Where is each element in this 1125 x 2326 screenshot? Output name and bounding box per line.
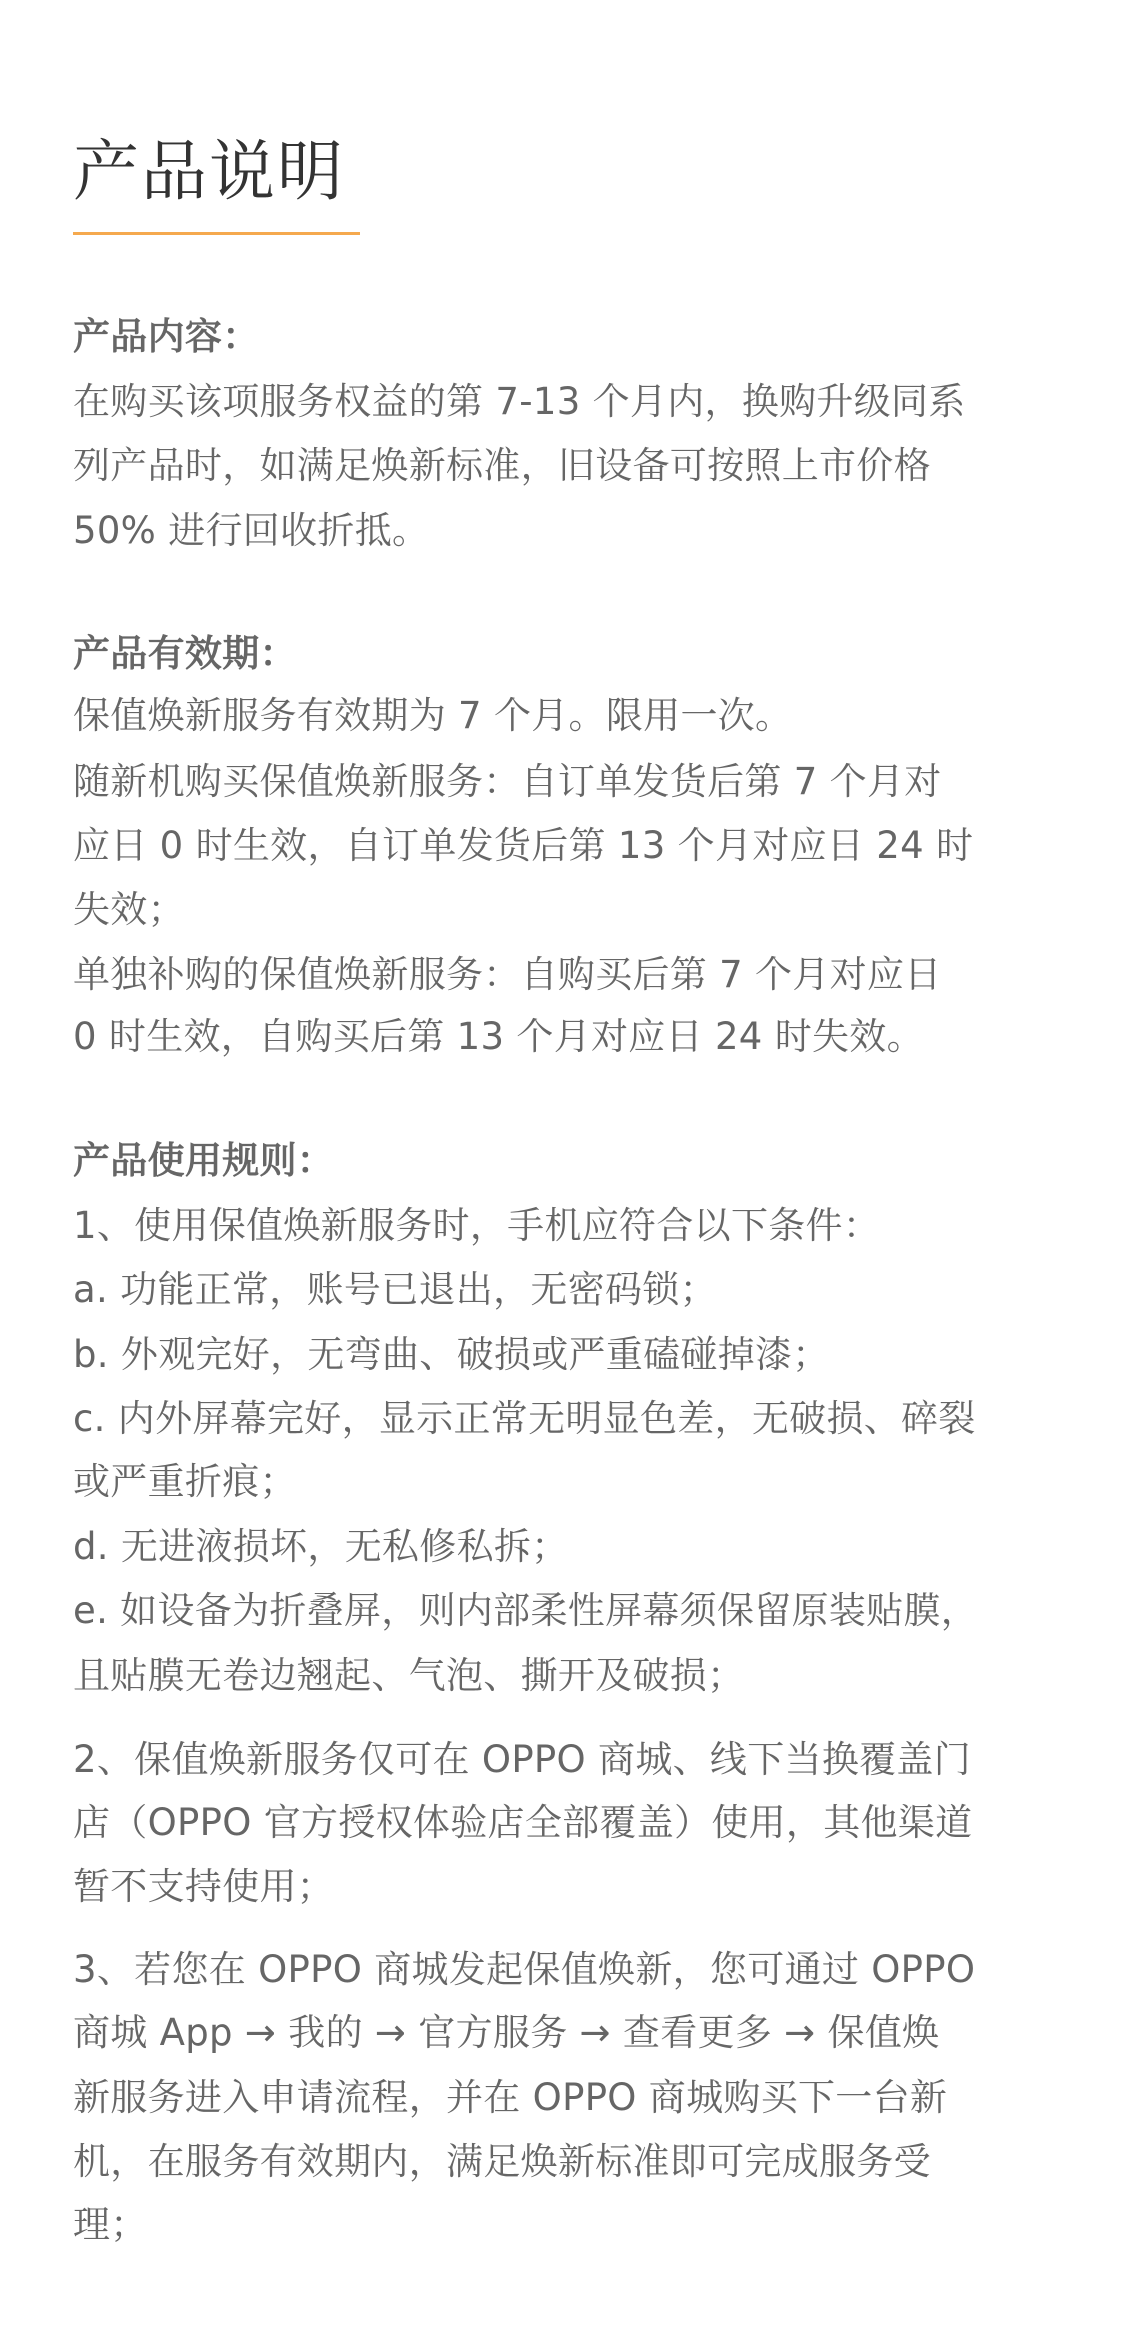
title-underline-divider <box>73 232 360 235</box>
section-heading-content: 产品内容： <box>73 305 260 369</box>
rule-line: 店（OPPO 官方授权体验店全部覆盖）使用，其他渠道 <box>73 1791 972 1855</box>
rule-line: a. 功能正常，账号已退出，无密码锁； <box>73 1258 717 1322</box>
section-heading-validity: 产品有效期： <box>73 622 297 686</box>
rule-line: 机，在服务有效期内，满足焕新标准即可完成服务受 <box>73 2130 931 2194</box>
rule-line: 商城 App → 我的 → 官方服务 → 查看更多 → 保值焕 <box>73 2001 939 2065</box>
validity-line: 单独补购的保值焕新服务：自购买后第 7 个月对应日 <box>73 943 942 1007</box>
validity-line: 保值焕新服务有效期为 7 个月。限用一次。 <box>73 684 792 748</box>
rule-line: 且贴膜无卷边翘起、气泡、撕开及破损； <box>73 1644 744 1708</box>
validity-line: 随新机购买保值焕新服务：自订单发货后第 7 个月对 <box>73 750 942 814</box>
validity-line: 失效； <box>73 878 185 942</box>
rule-line: d. 无进液损坏，无私修私拆； <box>73 1515 569 1579</box>
content-line: 50% 进行回收折抵。 <box>73 499 429 563</box>
rule-line: 2、保值焕新服务仅可在 OPPO 商城、线下当换覆盖门 <box>73 1728 971 1792</box>
rule-line: 1、使用保值焕新服务时，手机应符合以下条件： <box>73 1194 880 1258</box>
rule-line: 3、若您在 OPPO 商城发起保值焕新，您可通过 OPPO <box>73 1938 975 2002</box>
rule-line: 理； <box>73 2193 148 2257</box>
validity-line: 应日 0 时生效，自订单发货后第 13 个月对应日 24 时 <box>73 814 973 878</box>
section-heading-rules: 产品使用规则： <box>73 1129 334 1193</box>
content-line: 在购买该项服务权益的第 7-13 个月内，换购升级同系 <box>73 370 966 434</box>
rule-line: 或严重折痕； <box>73 1450 297 1514</box>
rule-line: c. 内外屏幕完好，显示正常无明显色差，无破损、碎裂 <box>73 1387 976 1451</box>
content-line: 列产品时，如满足焕新标准，旧设备可按照上市价格 <box>73 434 931 498</box>
rule-line: 新服务进入申请流程，并在 OPPO 商城购买下一台新 <box>73 2066 947 2130</box>
rule-line: 暂不支持使用； <box>73 1855 334 1919</box>
rule-line: e. 如设备为折叠屏，则内部柔性屏幕须保留原装贴膜， <box>73 1579 978 1643</box>
page-title: 产品说明 <box>73 122 345 222</box>
rule-line: b. 外观完好，无弯曲、破损或严重磕碰掉漆； <box>73 1323 830 1387</box>
validity-line: 0 时生效，自购买后第 13 个月对应日 24 时失效。 <box>73 1005 924 1069</box>
